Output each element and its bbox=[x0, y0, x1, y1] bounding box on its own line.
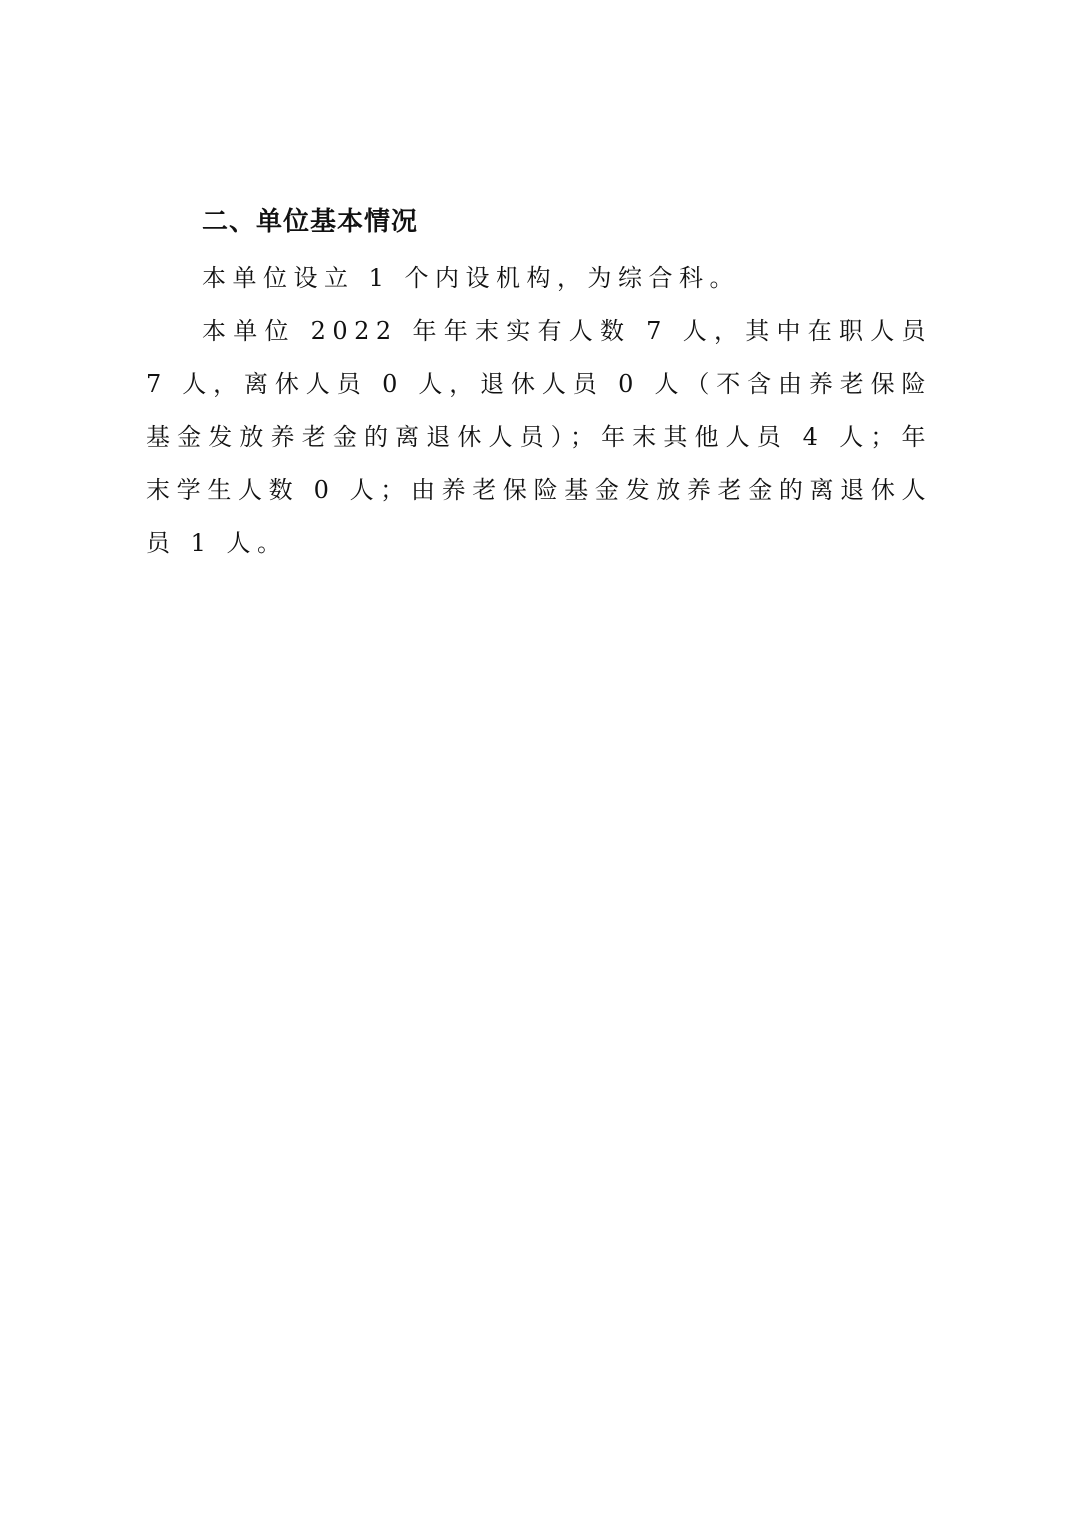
document-content: 二、单位基本情况 本单位设立 1 个内设机构，为综合科。 本单位 2022 年年… bbox=[146, 200, 932, 570]
document-page: 二、单位基本情况 本单位设立 1 个内设机构，为综合科。 本单位 2022 年年… bbox=[0, 0, 1074, 1520]
paragraph-staffing: 本单位 2022 年年末实有人数 7 人，其中在职人员 7 人，离休人员 0 人… bbox=[146, 305, 932, 570]
section-heading: 二、单位基本情况 bbox=[146, 200, 932, 244]
paragraph-internal-structure: 本单位设立 1 个内设机构，为综合科。 bbox=[146, 252, 932, 305]
